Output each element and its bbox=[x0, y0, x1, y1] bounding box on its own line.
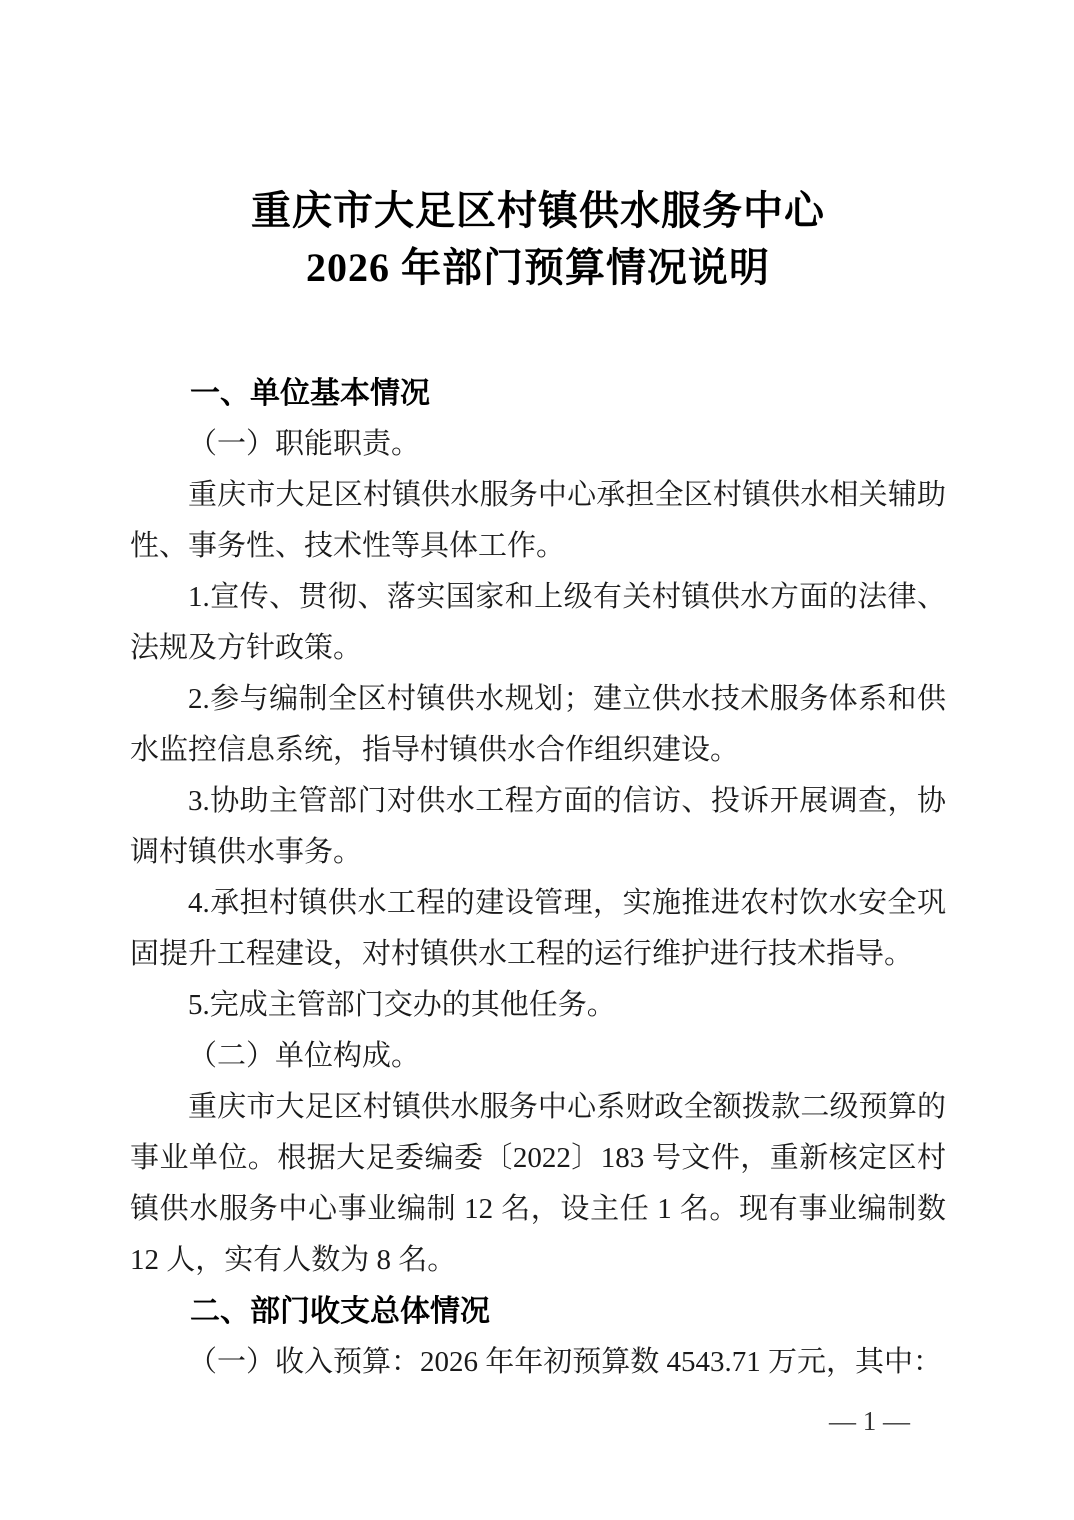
body-paragraph: 重庆市大足区村镇供水服务中心系财政全额拨款二级预算的事业单位。根据大足委编委〔2… bbox=[130, 1082, 946, 1286]
section-heading: 一、单位基本情况 bbox=[130, 368, 946, 419]
document-title-line1: 重庆市大足区村镇供水服务中心 bbox=[130, 182, 946, 239]
document-title-line2: 2026 年部门预算情况说明 bbox=[130, 239, 946, 296]
body-paragraph: 重庆市大足区村镇供水服务中心承担全区村镇供水相关辅助性、事务性、技术性等具体工作… bbox=[130, 470, 946, 572]
body-paragraph: （二）单位构成。 bbox=[130, 1031, 946, 1082]
document-title: 重庆市大足区村镇供水服务中心 2026 年部门预算情况说明 bbox=[130, 182, 946, 296]
body-paragraph: 4.承担村镇供水工程的建设管理，实施推进农村饮水安全巩固提升工程建设，对村镇供水… bbox=[130, 878, 946, 980]
body-paragraph: （一）收入预算：2026 年年初预算数 4543.71 万元，其中： bbox=[130, 1337, 946, 1388]
body-paragraph: 3.协助主管部门对供水工程方面的信访、投诉开展调查，协调村镇供水事务。 bbox=[130, 776, 946, 878]
section-heading: 二、部门收支总体情况 bbox=[130, 1286, 946, 1337]
body-paragraph: 1.宣传、贯彻、落实国家和上级有关村镇供水方面的法律、法规及方针政策。 bbox=[130, 572, 946, 674]
page-number: — 1 — bbox=[829, 1405, 910, 1437]
document-page: 重庆市大足区村镇供水服务中心 2026 年部门预算情况说明 一、单位基本情况（一… bbox=[0, 0, 1074, 1520]
body-paragraph: 5.完成主管部门交办的其他任务。 bbox=[130, 980, 946, 1031]
document-body: 一、单位基本情况（一）职能职责。重庆市大足区村镇供水服务中心承担全区村镇供水相关… bbox=[130, 368, 946, 1388]
body-paragraph: 2.参与编制全区村镇供水规划；建立供水技术服务体系和供水监控信息系统，指导村镇供… bbox=[130, 674, 946, 776]
body-paragraph: （一）职能职责。 bbox=[130, 419, 946, 470]
